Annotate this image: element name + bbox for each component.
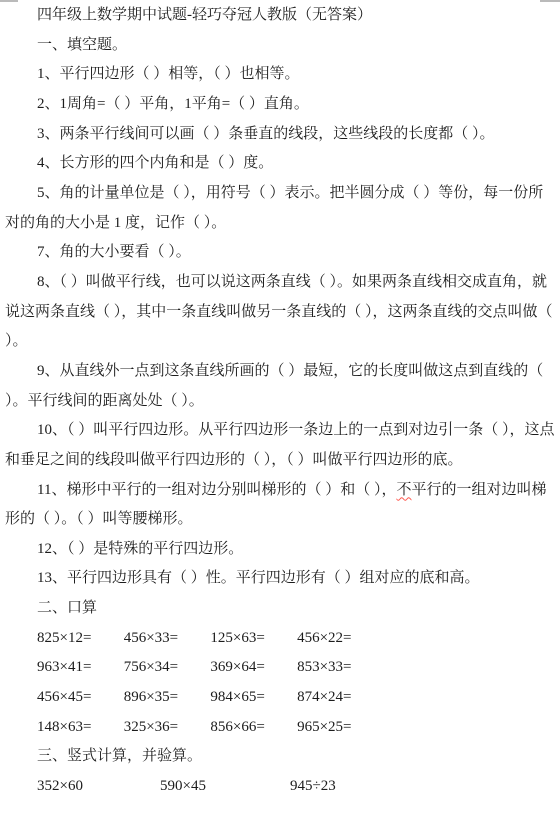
fill-item-9: 9、从直线外一点到这条直线所画的（ ）最短，它的长度叫做这点到直线的（ ）。平行… [5,357,555,416]
top-edge-artifact-right [540,0,560,2]
oral-expression: 874×24= [297,683,384,713]
document-title: 四年级上数学期中试题-轻巧夺冠人教版（无答案） [5,1,555,31]
oral-row-4: 148×63=325×36=856×66=965×25= [5,713,555,743]
oral-expression: 456×22= [297,624,384,654]
fill-item-13: 13、平行四边形具有（ ）性。平行四边形有（ ）组对应的底和高。 [5,564,555,594]
oral-expression: 325×36= [124,713,211,743]
fill-item-3: 3、两条平行线间可以画（ ）条垂直的线段，这些线段的长度都（ ）。 [5,120,555,150]
oral-row-3: 456×45=896×35=984×65=874×24= [5,683,555,713]
oral-expression: 456×45= [37,683,124,713]
document-page: 四年级上数学期中试题-轻巧夺冠人教版（无答案） 一、填空题。 1、平行四边形（ … [0,0,560,816]
oral-expression: 984×65= [210,683,297,713]
fill-item-7: 7、角的大小要看（ ）。 [5,238,555,268]
fill-item-1: 1、平行四边形（ ）相等，（ ）也相等。 [5,60,555,90]
section-vertical-heading: 三、竖式计算，并验算。 [5,742,555,772]
oral-expression: 825×12= [37,624,124,654]
fill-item-2: 2、1周角=（ ）平角，1平角=（ ）直角。 [5,90,555,120]
fill-item-4: 4、长方形的四个内角和是（ ）度。 [5,149,555,179]
vertical-expression: 352×60 [37,772,160,802]
oral-row-2: 963×41=756×34=369×64=853×33= [5,653,555,683]
oral-expression: 896×35= [124,683,211,713]
fill-item-8: 8、（ ）叫做平行线，也可以说这两条直线（ ）。如果两条直线相交成直角，就说这两… [5,268,555,357]
fill-item-12: 12、（ ）是特殊的平行四边形。 [5,535,555,565]
oral-row-1: 825×12=456×33=125×63=456×22= [5,624,555,654]
vertical-expression: 590×45 [160,772,290,802]
oral-expression: 369×64= [210,653,297,683]
oral-expression: 125×63= [210,624,297,654]
oral-expression: 148×63= [37,713,124,743]
vertical-row: 352×60590×45945÷23 [5,772,555,802]
fill-item-11-pre: 11、梯形中平行的一组对边分别叫梯形的（ ）和（ ）， [37,482,396,498]
fill-item-11-marked-word: 不 [396,482,411,498]
oral-expression: 853×33= [297,653,384,683]
oral-expression: 963×41= [37,653,124,683]
oral-expression: 756×34= [124,653,211,683]
fill-item-10: 10、（ ）叫平行四边形。从平行四边形一条边上的一点到对边引一条（ ），这点和垂… [5,416,555,475]
top-edge-artifact-left [0,0,18,2]
fill-item-11: 11、梯形中平行的一组对边分别叫梯形的（ ）和（ ），不平行的一组对边叫梯形的（… [5,476,555,535]
fill-item-5: 5、角的计量单位是（ ），用符号（ ）表示。把半圆分成（ ）等份，每一份所对的角… [5,179,555,238]
oral-expression: 456×33= [124,624,211,654]
oral-expression: 856×66= [210,713,297,743]
oral-expression: 965×25= [297,713,384,743]
vertical-expression: 945÷23 [290,772,336,802]
section-oral-heading: 二、口算 [5,594,555,624]
section-fill-heading: 一、填空题。 [5,31,555,61]
